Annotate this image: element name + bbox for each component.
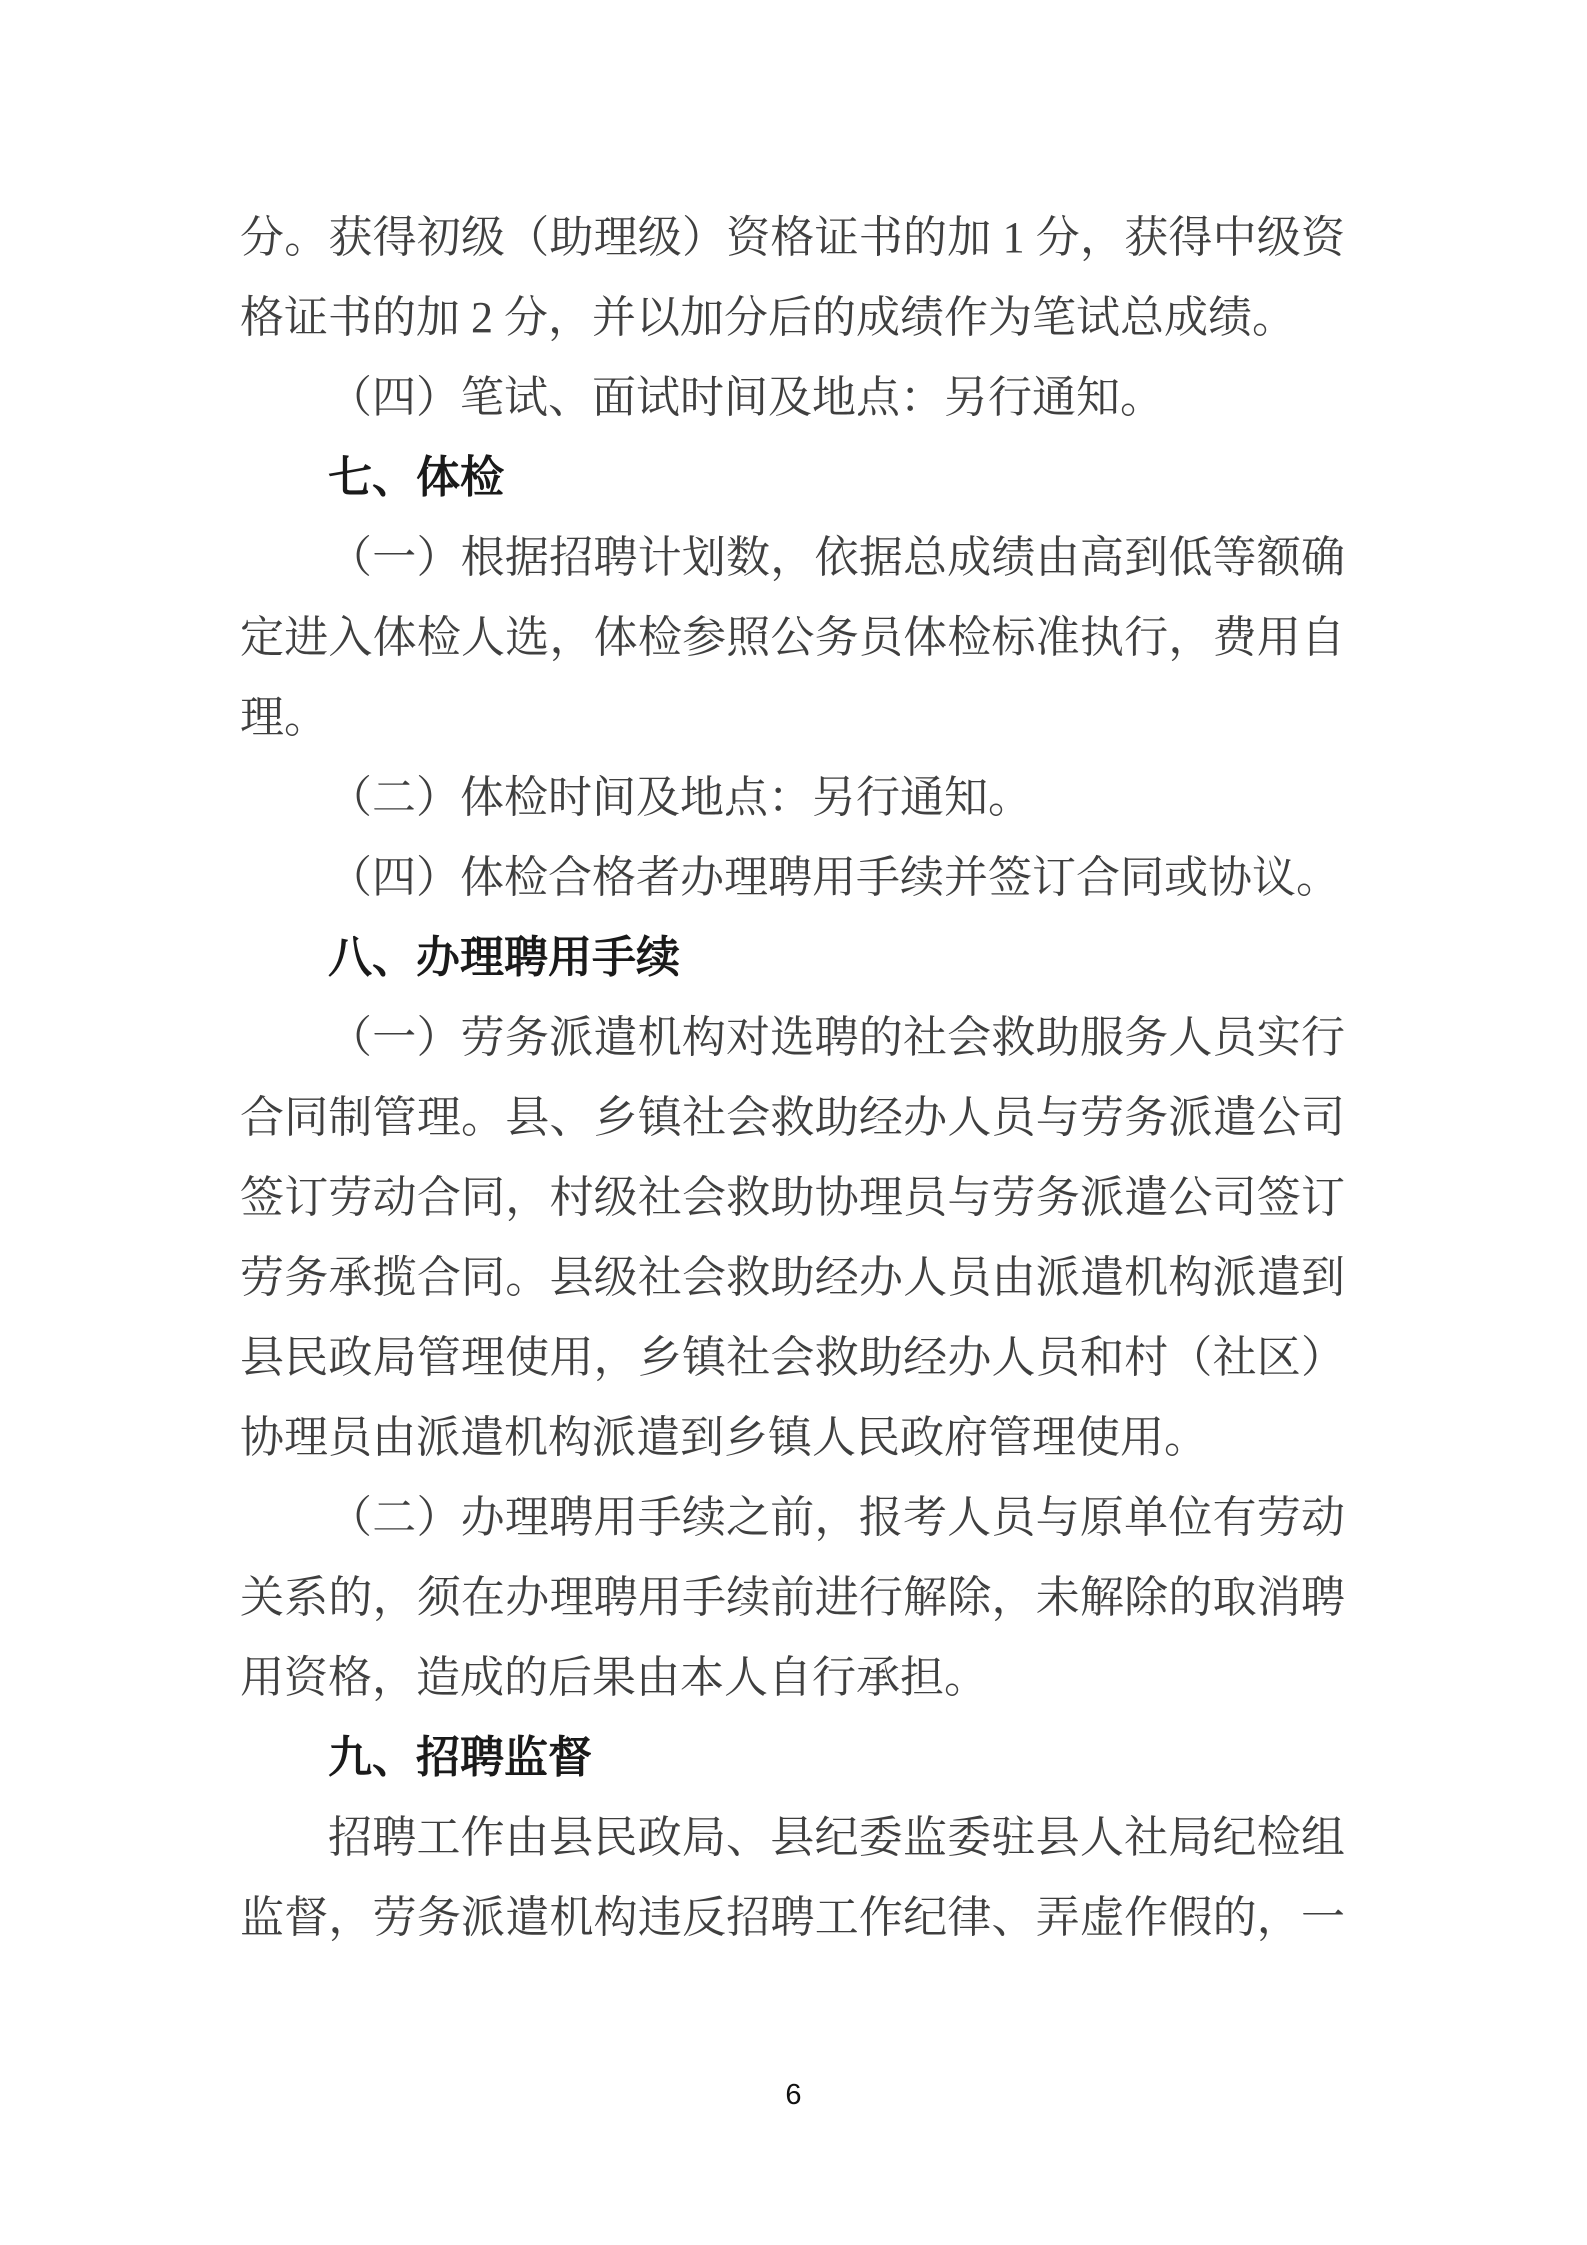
text-line: 协理员由派遣机构派遣到乡镇人民政府管理使用。 xyxy=(240,1398,1345,1478)
text-line: （二）体检时间及地点：另行通知。 xyxy=(240,758,1345,838)
text-line: 定进入体检人选，体检参照公务员体检标准执行，费用自 xyxy=(240,598,1345,678)
text-line: 分。获得初级（助理级）资格证书的加 1 分，获得中级资 xyxy=(240,198,1345,278)
text-line: 关系的，须在办理聘用手续前进行解除，未解除的取消聘 xyxy=(240,1558,1345,1638)
page-footer: 6 xyxy=(0,2078,1587,2112)
section-heading: 七、体检 xyxy=(240,438,1345,518)
document-body: 分。获得初级（助理级）资格证书的加 1 分，获得中级资格证书的加 2 分，并以加… xyxy=(240,198,1345,1958)
text-line: （二）办理聘用手续之前，报考人员与原单位有劳动 xyxy=(240,1478,1345,1558)
text-line: 格证书的加 2 分，并以加分后的成绩作为笔试总成绩。 xyxy=(240,278,1345,358)
text-line: （一）劳务派遣机构对选聘的社会救助服务人员实行 xyxy=(240,998,1345,1078)
text-line: 签订劳动合同，村级社会救助协理员与劳务派遣公司签订 xyxy=(240,1158,1345,1238)
text-line: 合同制管理。县、乡镇社会救助经办人员与劳务派遣公司 xyxy=(240,1078,1345,1158)
text-line: 招聘工作由县民政局、县纪委监委驻县人社局纪检组 xyxy=(240,1798,1345,1878)
section-heading: 九、招聘监督 xyxy=(240,1718,1345,1798)
text-line: （四）笔试、面试时间及地点：另行通知。 xyxy=(240,358,1345,438)
text-line: 劳务承揽合同。县级社会救助经办人员由派遣机构派遣到 xyxy=(240,1238,1345,1318)
section-heading: 八、办理聘用手续 xyxy=(240,918,1345,998)
text-line: 县民政局管理使用，乡镇社会救助经办人员和村（社区） xyxy=(240,1318,1345,1398)
text-line: （一）根据招聘计划数，依据总成绩由高到低等额确 xyxy=(240,518,1345,598)
text-line: （四）体检合格者办理聘用手续并签订合同或协议。 xyxy=(240,838,1345,918)
text-line: 理。 xyxy=(240,678,1345,758)
text-line: 用资格，造成的后果由本人自行承担。 xyxy=(240,1638,1345,1718)
document-page: 分。获得初级（助理级）资格证书的加 1 分，获得中级资格证书的加 2 分，并以加… xyxy=(0,0,1587,2245)
text-line: 监督，劳务派遣机构违反招聘工作纪律、弄虚作假的，一 xyxy=(240,1878,1345,1958)
page-number: 6 xyxy=(785,2079,801,2111)
